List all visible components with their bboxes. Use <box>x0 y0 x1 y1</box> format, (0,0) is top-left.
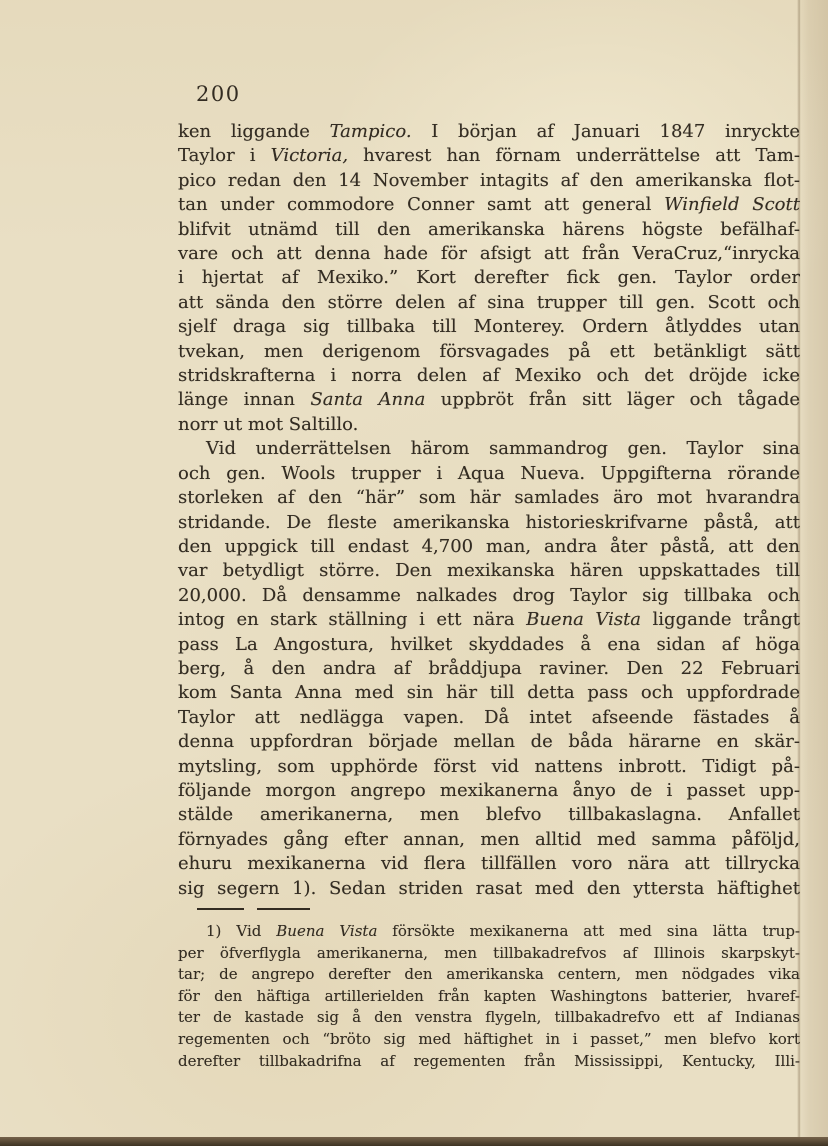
text-line: stridande. De fleste amerikanska histori… <box>178 511 800 535</box>
text-line: ehuru mexikanerna vid flera tillfällen v… <box>178 852 800 876</box>
footnote-separator <box>197 908 310 910</box>
text-line: tvekan, men derigenom försvagades på ett… <box>178 340 800 364</box>
text-line: för den häftiga artillerielden från kapt… <box>178 986 800 1008</box>
footnote-separator-dash <box>197 908 244 910</box>
text-line: intog en stark ställning i ett nära Buen… <box>178 608 800 632</box>
text-line: denna uppfordran började mellan de båda … <box>178 730 800 754</box>
body-text: ken liggande Tampico. I början af Januar… <box>178 120 800 901</box>
text-line: sig segern 1). Sedan striden rasat med d… <box>178 877 800 901</box>
text-line: 1) Vid Buena Vista försökte mexikanerna … <box>178 921 800 943</box>
text-line: vare och att denna hade för afsigt att f… <box>178 242 800 266</box>
text-line: norr ut mot Saltillo. <box>178 413 800 437</box>
text-line: regementen och “bröto sig med häftighet … <box>178 1029 800 1051</box>
text-line: stridskrafterna i norra delen af Mexiko … <box>178 364 800 388</box>
text-line: Taylor i Victoria, hvarest han förnam un… <box>178 144 800 168</box>
text-line: ken liggande Tampico. I början af Januar… <box>178 120 800 144</box>
text-line: den uppgick till endast 4,700 man, andra… <box>178 535 800 559</box>
footnote: 1) Vid Buena Vista försökte mexikanerna … <box>178 921 800 1072</box>
text-line: per öfverflygla amerikanerna, men tillba… <box>178 943 800 965</box>
page-number: 200 <box>196 82 241 106</box>
page-right-shade <box>798 0 828 1146</box>
text-line: pico redan den 14 November intagits af d… <box>178 169 800 193</box>
footnote-separator-dash <box>257 908 310 910</box>
text-line: Vid underrättelsen härom sammandrog gen.… <box>178 437 800 461</box>
text-line: i hjertat af Mexiko.” Kort derefter fick… <box>178 266 800 290</box>
text-line: var betydligt större. Den mexikanska här… <box>178 559 800 583</box>
text-line: förnyades gång efter annan, men alltid m… <box>178 828 800 852</box>
text-line: och gen. Wools trupper i Aqua Nueva. Upp… <box>178 462 800 486</box>
book-fore-edge <box>0 0 74 1146</box>
text-line: tan under commodore Conner samt att gene… <box>178 193 800 217</box>
scan-bottom-edge <box>0 1137 828 1146</box>
text-line: Taylor att nedlägga vapen. Då intet afse… <box>178 706 800 730</box>
text-line: tar; de angrepo derefter den amerikanska… <box>178 964 800 986</box>
book-page-scan: 200 ken liggande Tampico. I början af Ja… <box>0 0 828 1146</box>
text-line: stälde amerikanerna, men blefvo tillbaka… <box>178 803 800 827</box>
text-line: kom Santa Anna med sin här till detta pa… <box>178 681 800 705</box>
text-line: derefter tillbakadrifna af regementen fr… <box>178 1051 800 1073</box>
text-line: storleken af den “här” som här samlades … <box>178 486 800 510</box>
text-line: att sända den större delen af sina trupp… <box>178 291 800 315</box>
text-line: följande morgon angrepo mexikanerna ånyo… <box>178 779 800 803</box>
text-line: sjelf draga sig tillbaka till Monterey. … <box>178 315 800 339</box>
text-line: ter de kastade sig å den venstra flygeln… <box>178 1007 800 1029</box>
text-line: 20,000. Då densamme nalkades drog Taylor… <box>178 584 800 608</box>
text-line: pass La Angostura, hvilket skyddades å e… <box>178 633 800 657</box>
text-line: blifvit utnämd till den amerikanska häre… <box>178 218 800 242</box>
text-line: mytsling, som upphörde först vid nattens… <box>178 755 800 779</box>
text-line: berg, å den andra af bråddjupa raviner. … <box>178 657 800 681</box>
text-line: länge innan Santa Anna uppbröt från sitt… <box>178 388 800 412</box>
